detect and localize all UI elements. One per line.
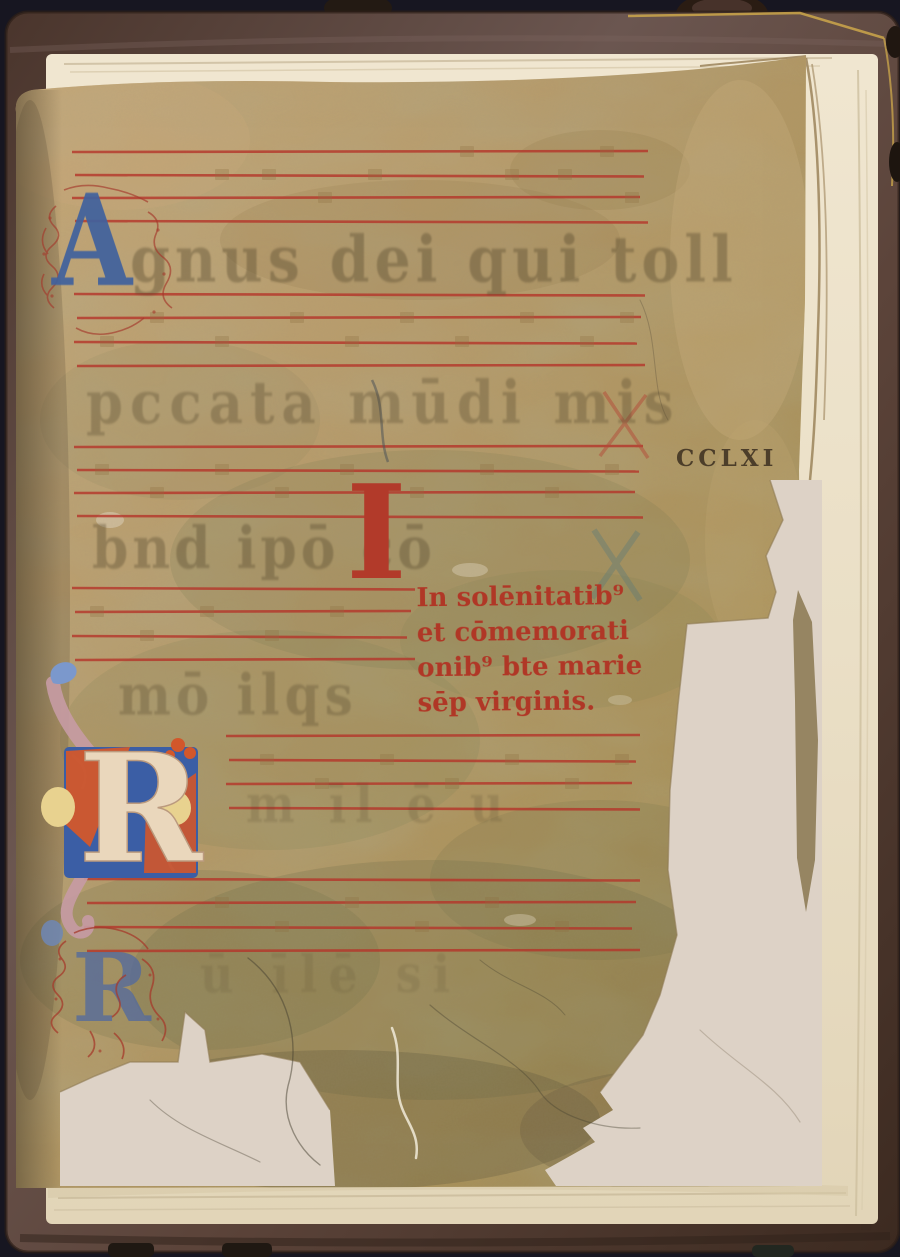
ghost-neume [505,169,519,180]
staff-line [72,197,640,198]
ghost-neume [345,897,359,908]
ghost-neume [615,754,629,765]
staff-line [77,365,645,366]
staff-line [75,611,411,612]
ghost-neume [262,169,276,180]
ghost-neume [215,169,229,180]
staff-line [226,735,640,736]
ghost-neume [625,192,639,203]
staff-line [87,950,640,951]
ghost-neume [565,778,579,789]
staff-line [74,446,643,447]
ghost-neume [215,897,229,908]
ghost-neume [555,921,569,932]
ghost-neume [620,312,634,323]
ghost-neume [200,606,214,617]
ghost-neume [315,778,329,789]
ghost-neume [95,464,109,475]
ghost-neume [485,897,499,908]
ghost-neume [150,312,164,323]
ghost-neume [580,336,594,347]
ghost-neume [265,630,279,641]
photo-artwork [0,0,900,1257]
staff-line [75,659,415,660]
ghost-neume [520,312,534,323]
ghost-neume [368,169,382,180]
ghost-neume [410,487,424,498]
ghost-neume [545,487,559,498]
ghost-neume [260,754,274,765]
ghost-neume [605,464,619,475]
staff-line [229,760,636,762]
staff-line [87,902,636,903]
staff-line [72,588,415,590]
ghost-neume [318,192,332,203]
ghost-neume [600,146,614,157]
ghost-neume [340,464,354,475]
ghost-neume [505,754,519,765]
staff-line [72,151,648,152]
staff-line [77,516,643,518]
ghost-neume [330,606,344,617]
staff-line [84,927,632,929]
staff-line [72,636,407,638]
ghost-neume [215,336,229,347]
ghost-neume [275,487,289,498]
ghost-neume [290,312,304,323]
ghost-neume [100,336,114,347]
ghost-neume [415,921,429,932]
staff-line [77,470,639,472]
ghost-neume [140,630,154,641]
ghost-neume [345,336,359,347]
ghost-neume [150,487,164,498]
staff-line [84,879,640,881]
ghost-neume [90,606,104,617]
ghost-neume [215,464,229,475]
ghost-neume [480,464,494,475]
manuscript-photo: gnus dei qui toll pccata mūdi mis bnd ip… [0,0,900,1257]
staff-line [75,221,648,223]
staff-line [229,808,640,810]
ghost-neume [455,336,469,347]
ghost-neume [400,312,414,323]
ghost-neume [380,754,394,765]
ghost-neume [558,169,572,180]
staff-line [74,294,645,296]
ghost-neume [275,921,289,932]
ghost-neume [445,778,459,789]
ghost-neume [460,146,474,157]
